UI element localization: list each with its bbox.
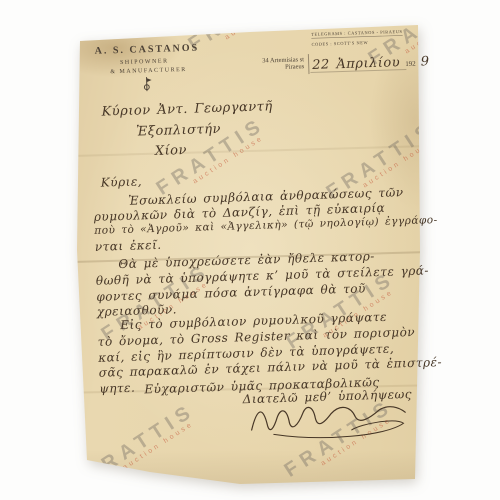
date-year-digit: 9 [421,54,430,69]
codes-line: CODES : SCOTT'S NEW [311,40,368,47]
letter-content: A. S. CASTANOS SHIPOWNER & MANUFACTURER … [0,0,500,500]
signature [243,395,416,446]
salutation: Κύριε, [101,174,143,189]
body-line: νται ἐκεῖ. [95,238,162,254]
recipient-name: Κύριον Ἀντ. Γεωργαντῆ [101,99,273,119]
telegrams-line: TELEGRAMS : CASTANOS - PIRAEUS [311,29,402,38]
date-line: 22 Ἀπριλίου 192 9 [312,50,430,73]
date-printed-prefix: 192 [405,60,416,68]
date-handwritten: 22 Ἀπριλίου [312,55,400,73]
letterhead-role2: & MANUFACTURER [110,67,187,75]
letterhead-company: A. S. CASTANOS [95,43,200,57]
address-block: 34 Artemisias st Piraeus [246,56,304,72]
address-date-divider [308,54,310,74]
recipient-city: Χίον [155,143,188,159]
address-city: Piraeus [285,63,304,71]
letterhead-role1: SHIPOWNER [120,58,169,66]
recipient-title: Ἐξοπλιστήν [136,122,221,140]
house-flag-icon [140,76,153,96]
body-line: ψητε. [99,381,135,396]
scanned-letter-photo: FRATTISauction house FRATTISauction hous… [0,0,500,500]
